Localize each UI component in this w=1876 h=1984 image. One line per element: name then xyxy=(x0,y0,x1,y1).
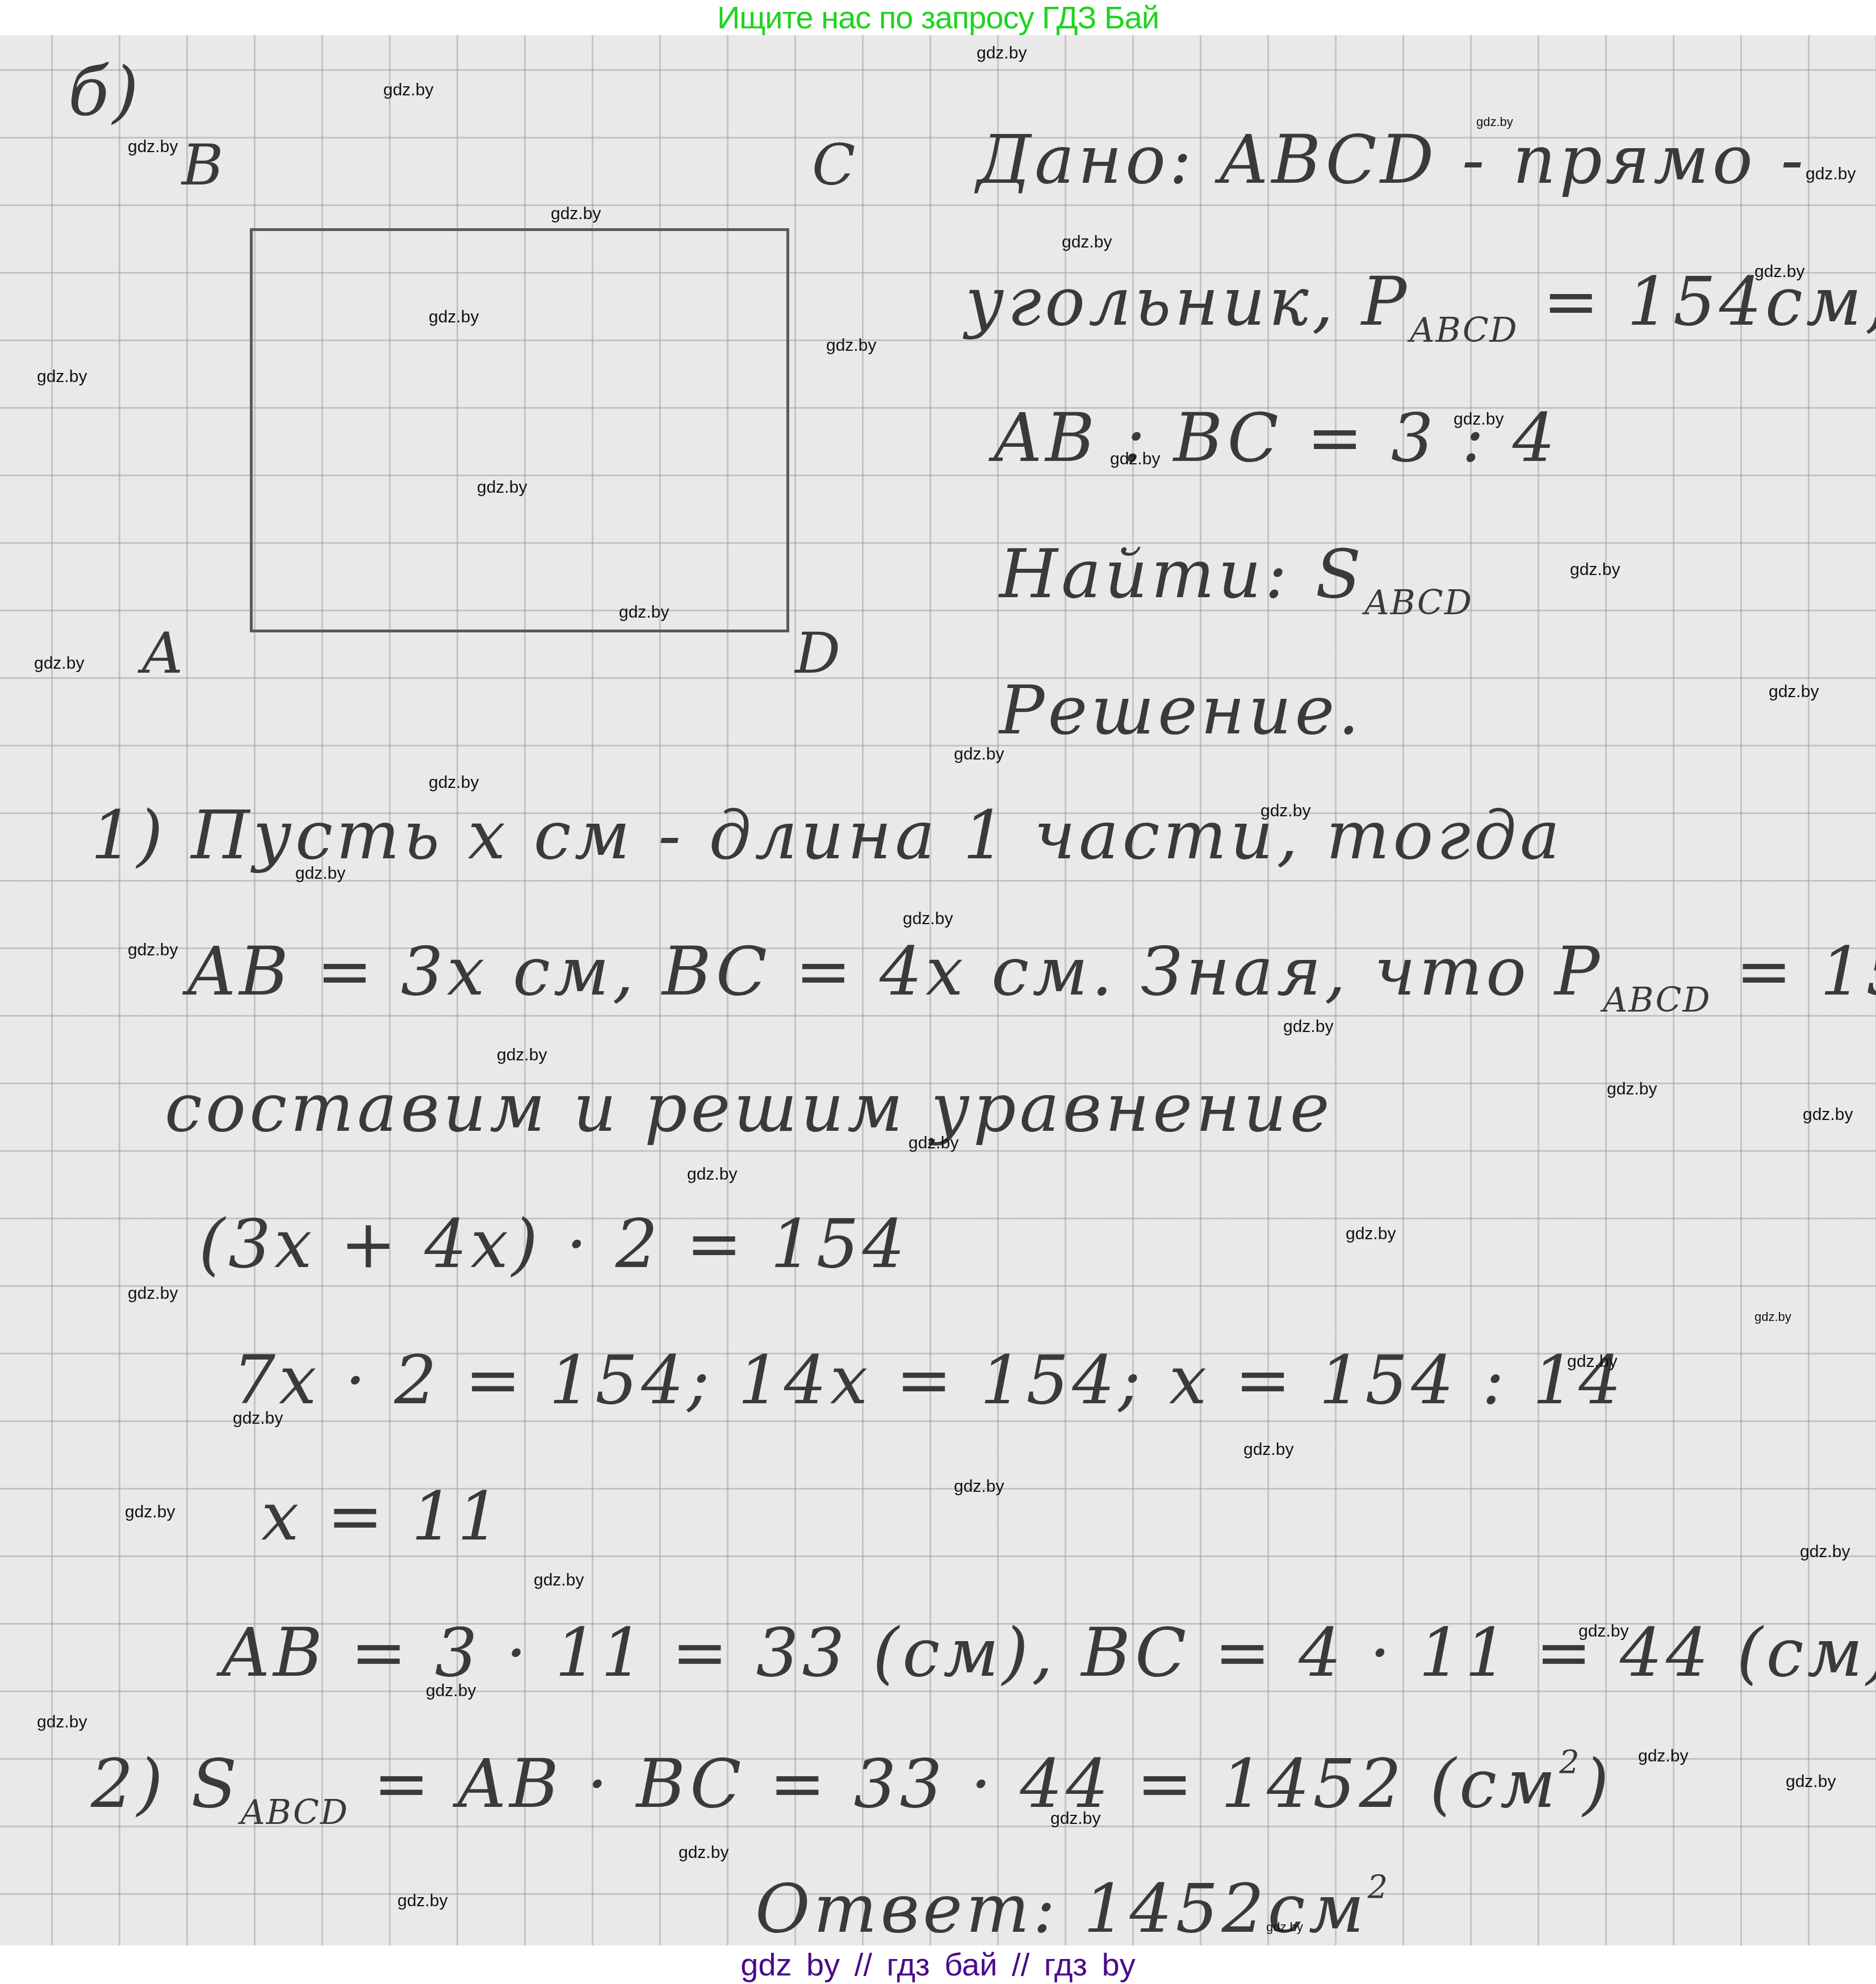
watermark: gdz.by xyxy=(1786,1772,1836,1792)
watermark: gdz.by xyxy=(1578,1622,1628,1641)
equation-3: x = 11 xyxy=(261,1477,504,1555)
watermark: gdz.by xyxy=(551,204,601,224)
watermark: gdz.by xyxy=(1803,1105,1853,1125)
watermark: gdz.by xyxy=(1607,1080,1657,1099)
watermark: gdz.by xyxy=(34,654,84,673)
watermark: gdz.by xyxy=(679,1843,728,1863)
given-line-1: Дано: ABCD - прямо - xyxy=(977,120,1807,199)
vertex-d: D xyxy=(795,620,840,686)
watermark: gdz.by xyxy=(128,1284,178,1303)
watermark: gdz.by xyxy=(497,1046,547,1065)
watermark: gdz.by xyxy=(908,1134,958,1153)
given-line-2-tail: = 154см, xyxy=(1518,262,1876,341)
watermark: gdz.by xyxy=(383,81,433,100)
watermark: gdz.by xyxy=(1261,802,1310,821)
step1-line-1: 1) Пусть x см - длина 1 части, тогда xyxy=(91,796,1563,874)
vertex-a: A xyxy=(142,620,183,686)
watermark: gdz.by xyxy=(429,308,479,327)
step2-close: ) xyxy=(1583,1744,1613,1823)
step2-line: 2) SABCD = AB · BC = 33 · 44 = 1452 (см2… xyxy=(91,1744,1613,1832)
watermark: gdz.by xyxy=(1567,1352,1617,1371)
watermark: gdz.by xyxy=(1638,1747,1688,1766)
bottom-banner-text: gdz by // гдз бай // гдз by xyxy=(740,1947,1135,1982)
equation-1: (3x + 4x) · 2 = 154 xyxy=(199,1205,908,1283)
watermark: gdz.by xyxy=(977,44,1027,63)
step1-line-3: составим и решим уравнение xyxy=(165,1068,1333,1147)
watermark: gdz.by xyxy=(397,1891,447,1911)
area-unit-exponent: 2 xyxy=(1559,1744,1583,1781)
top-banner-text: Ищите нас по запросу ГДЗ Бай xyxy=(717,0,1159,35)
answer-main: Ответ: 1452см xyxy=(755,1869,1368,1948)
watermark: gdz.by xyxy=(1769,682,1819,702)
step2-prefix: 2) S xyxy=(91,1744,240,1823)
watermark: gdz.by xyxy=(128,941,178,960)
given-line-2: угольник, PABCD = 154см, xyxy=(965,262,1876,350)
answer-exponent: 2 xyxy=(1368,1869,1392,1906)
watermark: gdz.by xyxy=(903,909,953,929)
watermark: gdz.by xyxy=(477,478,527,497)
watermark: gdz.by xyxy=(37,367,87,387)
given-line-2-main: угольник, P xyxy=(965,262,1410,341)
watermark: gdz.by xyxy=(125,1503,175,1522)
step1-line-2-tail: = 154см, xyxy=(1711,932,1876,1010)
vertex-c: C xyxy=(812,132,856,198)
top-banner: Ищите нас по запросу ГДЗ Бай xyxy=(0,0,1876,35)
watermark: gdz.by xyxy=(1243,1440,1293,1459)
watermark: gdz.by xyxy=(534,1571,584,1590)
find-main: Найти: S xyxy=(999,535,1364,613)
watermark: gdz.by xyxy=(295,864,345,883)
watermark: gdz.by xyxy=(687,1165,737,1184)
solution-title: Решение. xyxy=(999,671,1363,749)
watermark: gdz.by xyxy=(426,1681,476,1701)
watermark: gdz.by xyxy=(1476,115,1513,129)
watermark: gdz.by xyxy=(37,1713,87,1732)
find-line: Найти: SABCD xyxy=(999,535,1473,623)
watermark: gdz.by xyxy=(954,1477,1004,1496)
perimeter-subscript: ABCD xyxy=(1410,311,1518,350)
watermark: gdz.by xyxy=(128,137,178,157)
watermark: gdz.by xyxy=(1800,1542,1850,1562)
equation-2: 7x · 2 = 154; 14x = 154; x = 154 : 14 xyxy=(233,1341,1624,1419)
find-subscript: ABCD xyxy=(1364,583,1473,623)
step1-line-2: AB = 3x см, BC = 4x см. Зная, что PABCD … xyxy=(187,932,1876,1020)
watermark: gdz.by xyxy=(1570,560,1620,580)
step1-perimeter-subscript: ABCD xyxy=(1603,980,1711,1020)
watermark: gdz.by xyxy=(1110,450,1160,469)
watermark: gdz.by xyxy=(954,745,1004,764)
rectangle-abcd xyxy=(250,228,789,632)
watermark: gdz.by xyxy=(1754,262,1804,282)
watermark: gdz.by xyxy=(1754,1310,1791,1324)
watermark: gdz.by xyxy=(233,1409,283,1428)
notebook-page: б) B C A D Дано: ABCD - прямо - угольник… xyxy=(0,35,1876,1945)
area-subscript: ABCD xyxy=(240,1793,349,1832)
watermark: gdz.by xyxy=(1346,1224,1396,1244)
answer-line: Ответ: 1452см2 xyxy=(755,1869,1391,1948)
step2-tail: = AB · BC = 33 · 44 = 1452 (см xyxy=(349,1744,1559,1823)
bottom-banner: gdz by // гдз бай // гдз by xyxy=(0,1945,1876,1984)
task-label: б) xyxy=(68,52,142,131)
vertex-b: B xyxy=(182,132,224,198)
watermark: gdz.by xyxy=(1062,233,1112,252)
step1-line-2-main: AB = 3x см, BC = 4x см. Зная, что P xyxy=(187,932,1603,1010)
watermark: gdz.by xyxy=(1266,1920,1303,1935)
watermark: gdz.by xyxy=(1283,1017,1333,1037)
watermark: gdz.by xyxy=(826,336,876,355)
watermark: gdz.by xyxy=(1806,165,1856,184)
watermark: gdz.by xyxy=(429,773,479,792)
watermark: gdz.by xyxy=(1050,1809,1100,1828)
watermark: gdz.by xyxy=(619,603,669,622)
watermark: gdz.by xyxy=(1454,410,1504,429)
